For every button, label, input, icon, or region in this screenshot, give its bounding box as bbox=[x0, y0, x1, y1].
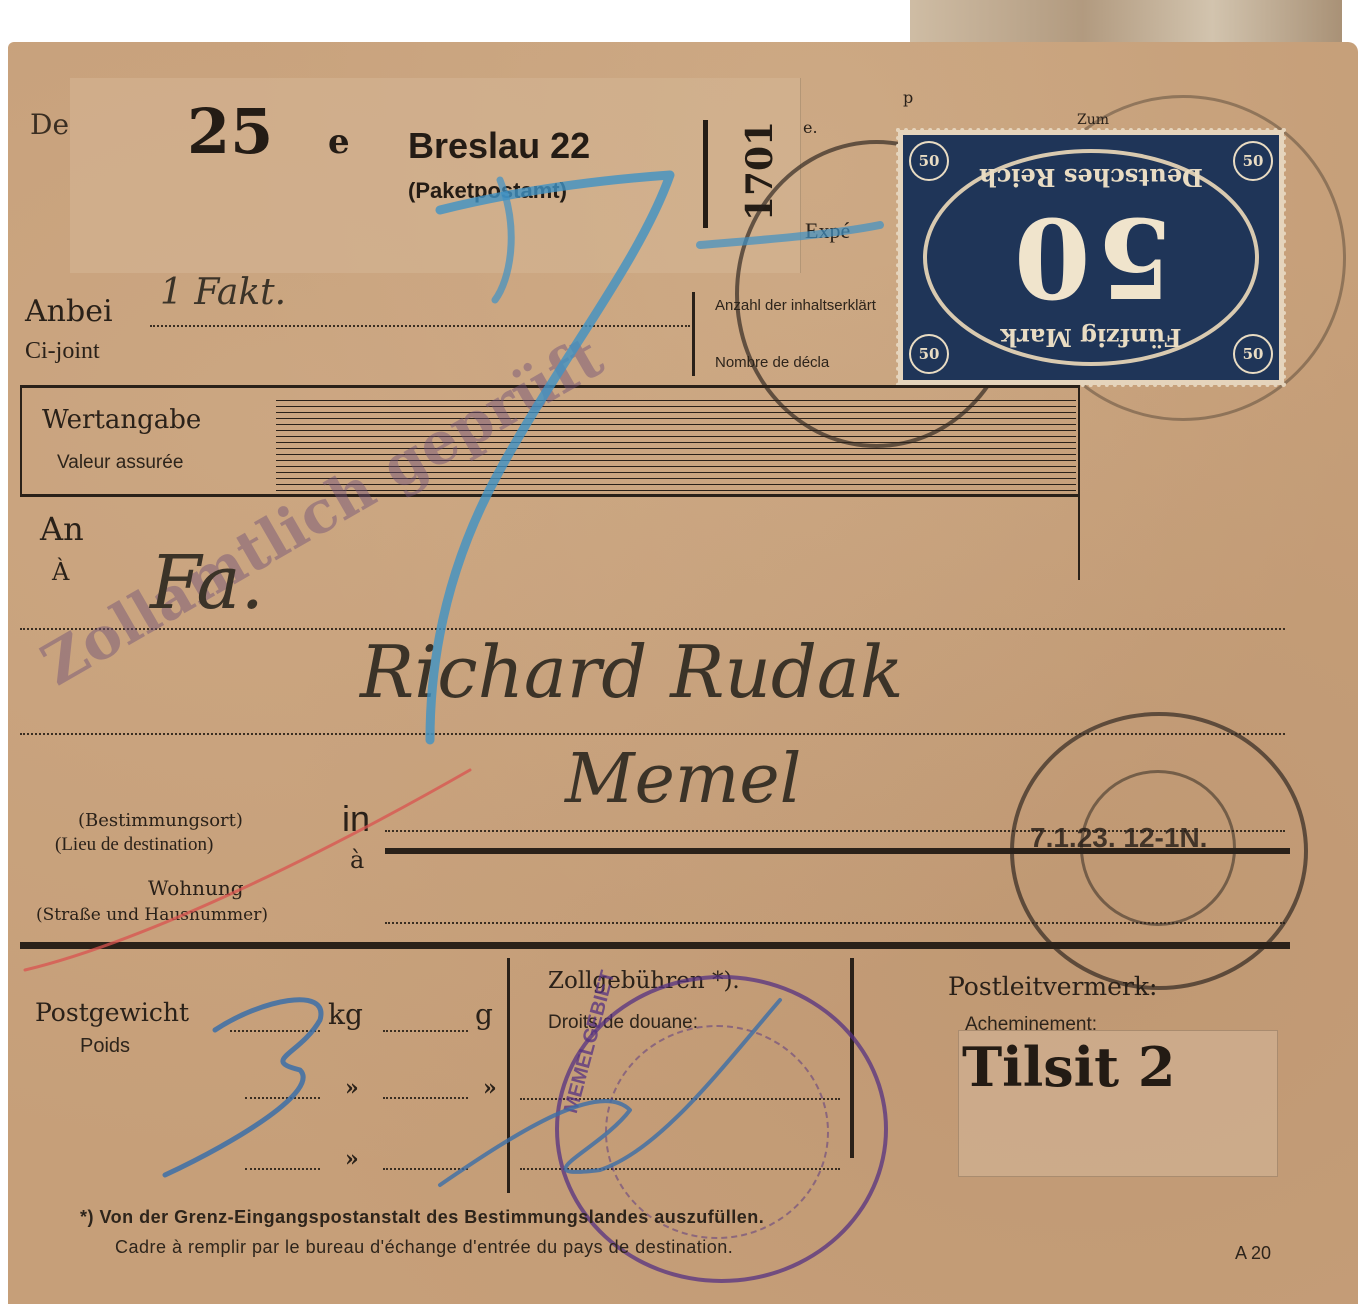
declarations-label-de: Anzahl der inhaltserklärt bbox=[715, 295, 885, 316]
weight-g-field-2[interactable] bbox=[383, 1097, 468, 1099]
right-border-rule bbox=[1078, 385, 1080, 580]
header-fragment: De bbox=[30, 108, 69, 141]
header-fragment-p: p bbox=[903, 88, 913, 107]
label-number: 25 bbox=[187, 95, 273, 168]
enclosures-line bbox=[150, 325, 690, 327]
weight-kg-field-2[interactable] bbox=[245, 1097, 320, 1099]
enclosures-label-de: Anbei bbox=[25, 294, 113, 329]
addressee-handwritten-city: Memel bbox=[565, 740, 801, 819]
destination-postmark-date: 7.1.23. 12-1N. bbox=[1030, 822, 1207, 854]
addressee-handwritten-prefix: Fa. bbox=[150, 540, 264, 626]
origin-office-subtitle: (Paketpostamt) bbox=[408, 178, 567, 204]
stamp-text-bottom: Deutsches Reich bbox=[903, 163, 1279, 192]
destination-prep-de: in bbox=[342, 798, 370, 840]
value-label-fr: Valeur assurée bbox=[57, 452, 183, 473]
value-left-rule bbox=[20, 385, 22, 495]
enclosures-handwritten[interactable]: 1 Fakt. bbox=[160, 272, 286, 313]
ditto-mark: » bbox=[345, 1146, 359, 1172]
ditto-mark: » bbox=[483, 1075, 497, 1101]
weight-label-fr: Poids bbox=[80, 1036, 130, 1057]
stamp-text-top: Fünfzig Mark bbox=[903, 323, 1279, 352]
weight-customs-divider bbox=[507, 958, 510, 1193]
addressee-label-fr: À bbox=[52, 558, 69, 586]
footnote-de: *) Von der Grenz-Eingangspostanstalt des… bbox=[80, 1207, 764, 1228]
weight-kg-field-3[interactable] bbox=[245, 1168, 320, 1170]
value-label-de: Wertangabe bbox=[42, 405, 201, 435]
value-bottom-rule bbox=[20, 494, 1080, 497]
origin-label-slip bbox=[70, 78, 801, 273]
postage-stamp: 50 50 50 50 50 Deutsches Reich Fünfzig M… bbox=[898, 130, 1284, 385]
addressee-label-de: An bbox=[40, 510, 84, 548]
origin-office-name: Breslau 22 bbox=[408, 125, 590, 167]
stamp-value: 50 bbox=[1008, 193, 1173, 322]
label-suffix: e bbox=[328, 122, 350, 162]
form-code: A 20 bbox=[1235, 1243, 1271, 1264]
weight-g-field-3[interactable] bbox=[383, 1168, 468, 1170]
destination-label-de: (Bestimmungsort) bbox=[78, 810, 243, 831]
label-divider bbox=[703, 120, 708, 228]
routing-label-de: Postleitvermerk: bbox=[948, 972, 1157, 1001]
residence-sublabel: (Straße und Hausnummer) bbox=[36, 905, 268, 925]
section-divider bbox=[20, 942, 1290, 949]
weight-unit-kg: kg bbox=[328, 998, 363, 1031]
routing-value: Tilsit 2 bbox=[962, 1035, 1175, 1099]
footnote-fr: Cadre à remplir par le bureau d'échange … bbox=[115, 1237, 733, 1258]
residence-label: Wohnung bbox=[148, 876, 244, 900]
weight-unit-g: g bbox=[475, 998, 493, 1031]
header-fragment-e: e. bbox=[803, 118, 818, 137]
addressee-handwritten-name: Richard Rudak bbox=[360, 630, 903, 714]
weight-kg-field[interactable] bbox=[230, 1030, 320, 1032]
declarations-label-fr: Nombre de décla bbox=[715, 352, 829, 373]
weight-label-de: Postgewicht bbox=[35, 998, 189, 1027]
destination-prep-fr: à bbox=[350, 846, 364, 874]
enclosures-label-fr: Ci-joint bbox=[25, 338, 100, 365]
weight-g-field[interactable] bbox=[383, 1030, 468, 1032]
ditto-mark: » bbox=[345, 1075, 359, 1101]
enclosures-divider bbox=[692, 292, 695, 376]
destination-label-fr: (Lieu de destination) bbox=[55, 834, 213, 856]
